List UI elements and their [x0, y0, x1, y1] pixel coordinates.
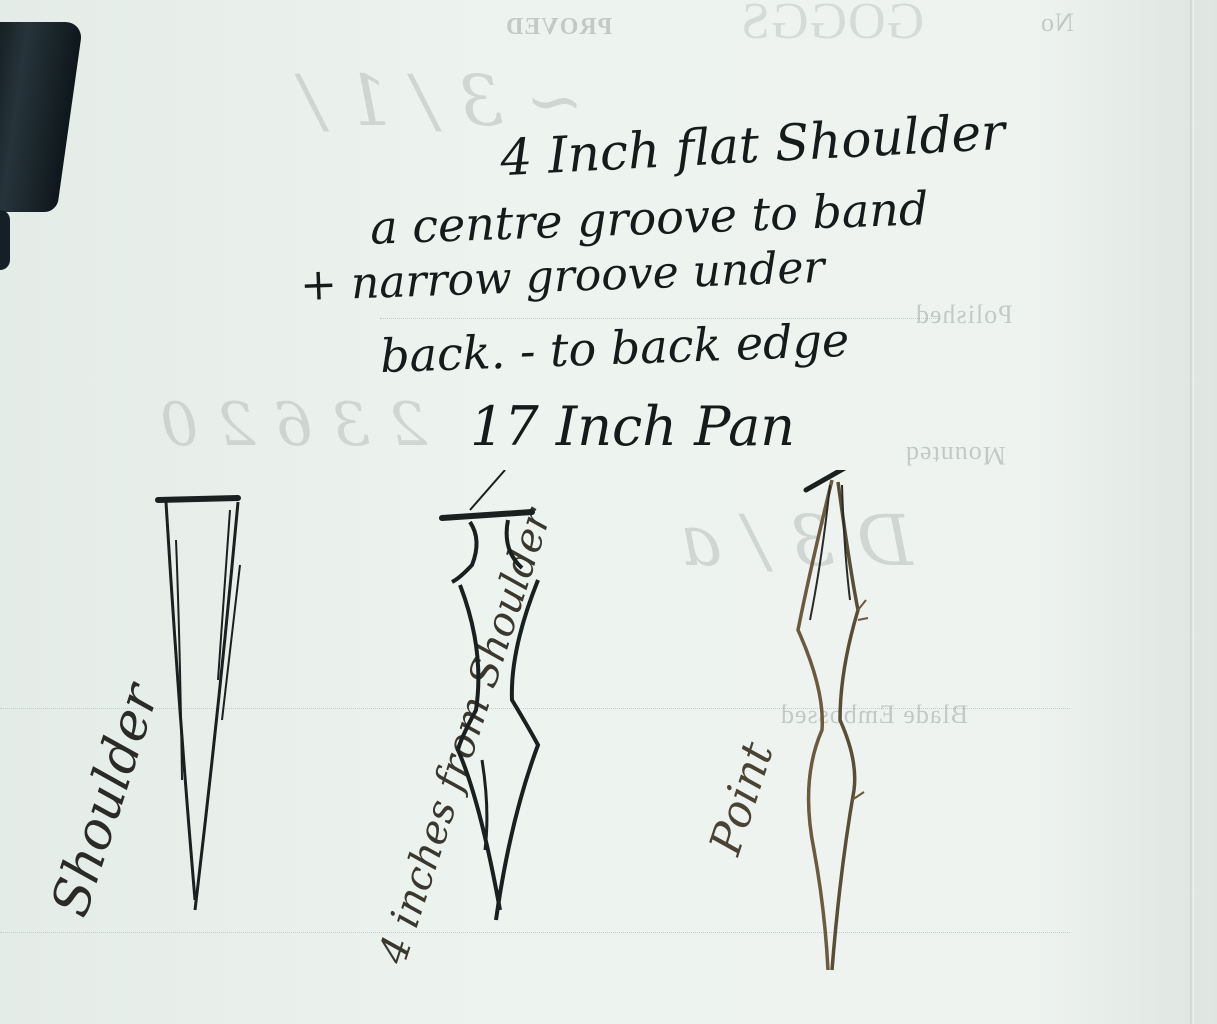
bleed-top-text: GOGGS: [740, 0, 924, 51]
tapered-blade-sketch: [150, 480, 270, 930]
bleed-polished-field: Polished: [915, 300, 1013, 330]
note-line-2: a centre groove to band: [369, 185, 929, 250]
note-line-3: + narrow groove under: [299, 246, 825, 308]
pen-object: [0, 210, 10, 270]
page-binding-edge: [1190, 0, 1194, 1024]
bleed-proved-stamp: PROVED: [505, 14, 612, 41]
bleed-handwriting: 2 3 6 2 0: [160, 390, 427, 460]
ledger-rule: [0, 932, 1070, 933]
bleed-number-label: No: [1040, 8, 1074, 38]
ledger-page: No PROVED GOGGS Polished Mounted Blade E…: [0, 0, 1217, 1024]
bleed-mounted-field: Mounted: [905, 440, 1006, 470]
shouldered-blade-sketch: [430, 470, 550, 930]
diamond-point-blade-sketch: [770, 470, 890, 990]
pen-object: [0, 22, 83, 212]
note-line-5: 17 Inch Pan: [470, 400, 795, 454]
note-line-4: back. - to back edge: [379, 317, 850, 379]
